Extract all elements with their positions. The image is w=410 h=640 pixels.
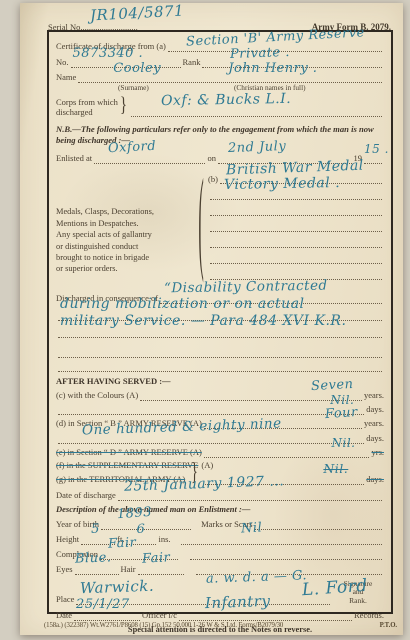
days-unit-struck: days. <box>366 474 384 485</box>
place-value: Warwick. <box>80 579 155 597</box>
officer-signature: L. Ford <box>301 577 368 599</box>
hair-label: Hair <box>121 564 136 575</box>
year-of-birth-value: 1893 <box>117 506 153 521</box>
dotted-leader <box>210 205 382 216</box>
served-sectionD-line: (e) in Section “ D ” ARMY RESERVE (A) Ni… <box>56 444 384 458</box>
date-label: Date <box>56 610 72 621</box>
dotted-leader: Nil. <box>204 447 370 458</box>
dotted-leader <box>210 237 382 248</box>
name-line: Name Cooley John Henry . <box>56 68 384 83</box>
footer-date-value: 25/1/27 <box>76 598 130 611</box>
dotted-leader: Fair <box>138 564 184 575</box>
dotted-leader: Oxford <box>94 153 205 164</box>
medals-block: Medals, Clasps, Decorations, Mentions in… <box>56 168 384 280</box>
corps-brace: } <box>118 94 129 121</box>
dotted-leader: 25/1/27 <box>74 610 140 621</box>
days-unit: days. <box>366 433 384 444</box>
discharge-reason-line3: military Service. — Para 484 XVI K.R. <box>56 321 384 338</box>
dotted-leader: Blue. <box>75 564 119 575</box>
dotted-leader: Infantry <box>179 610 352 621</box>
dotted-leader: Victory Medal . <box>210 189 382 200</box>
dotted-leader <box>210 221 382 232</box>
handwritten-annotation: a. w. d. a — G. <box>206 570 307 587</box>
nb-note: N.B.—The following particulars refer onl… <box>56 124 384 145</box>
served-f-suffix: (A) <box>201 460 213 471</box>
days-unit: days. <box>366 404 384 415</box>
discharge-reason-value3: military Service. — Para 484 XVI K.R. <box>60 314 346 328</box>
service-number: 5873340 . <box>73 47 144 60</box>
served-c-label: (c) with the Colours (A) <box>56 390 138 401</box>
yrs-unit-struck: yrs. <box>371 447 384 458</box>
records-label: Records. <box>354 610 384 621</box>
complexion-value: Fair <box>108 537 137 551</box>
description-heading: Description of the above-named man on En… <box>56 503 384 515</box>
served-e-value: Nil. <box>331 437 355 449</box>
place-label: Place <box>56 594 74 605</box>
name-label: Name <box>56 72 76 83</box>
served-d-value: Four <box>325 406 359 421</box>
serial-value-handwritten: JR104/5871 <box>90 4 185 24</box>
dotted-leader: 25th January 1927 ... <box>118 490 382 501</box>
name-sublabels: (Surname) (Christian names in full) <box>56 83 384 92</box>
medal-line <box>208 200 384 216</box>
document-photo: { "colors": {"paper":"#ece2c9","printed_… <box>0 0 410 640</box>
blank-dotted-line <box>56 358 384 372</box>
years-unit: years. <box>364 418 384 429</box>
height-line: Height 5 ft. 6 ins. Nil <box>56 530 384 545</box>
dotted-leader <box>255 519 382 530</box>
dotted-leader <box>210 253 382 264</box>
date-of-discharge-label: Date of discharge <box>56 490 116 501</box>
enlisted-date: 2nd July <box>228 140 287 155</box>
medal-line: Victory Medal . <box>208 184 384 200</box>
blank-dotted-line <box>56 344 384 358</box>
height-ft-value: 5 <box>91 523 100 536</box>
corps-value: Oxf: & Bucks L.I. <box>161 92 291 108</box>
served-c-value: Seven <box>311 378 354 393</box>
dotted-leader: military Service. — Para 484 XVI K.R. <box>58 327 382 338</box>
served-e-label-struck: (e) in Section “ D ” ARMY RESERVE (A) <box>56 447 202 458</box>
date-of-discharge-line: Date of discharge 25th January 1927 ... <box>56 485 384 501</box>
officer-unit-value: Infantry <box>205 594 271 611</box>
years-unit: years. <box>364 390 384 401</box>
dotted-leader: 1893 <box>101 519 191 530</box>
corps-label: Corps from which discharged <box>56 97 118 117</box>
dotted-leader: Cooley John Henry . <box>78 72 382 83</box>
served-f-label-struck: (f) in the SUPPLEMENTARY RESERVE <box>56 460 198 471</box>
officer-ic-label: Officer i/c <box>142 610 177 621</box>
medal-entry-2: Victory Medal . <box>224 176 340 192</box>
rank-value: Private . <box>230 46 290 61</box>
dotted-leader: One hundred & eighty nine <box>58 433 364 444</box>
on-label: on <box>207 153 216 164</box>
pto-label: P.T.O. <box>380 622 397 629</box>
signature-rank-stack: L. Ford Signature and Rank. <box>332 580 384 606</box>
dotted-leader: Nil <box>181 534 382 545</box>
height-label: Height <box>56 534 79 545</box>
no-label: No. <box>56 57 69 68</box>
date-officer-line: Date 25/1/27 Officer i/c Infantry Record… <box>56 605 384 621</box>
discharge-reason-value2: during mobilization or on actual <box>60 297 305 311</box>
dotted-leader <box>58 347 382 358</box>
dotted-leader: 15 . <box>364 153 382 164</box>
height-in-value: 6 <box>136 523 145 536</box>
b-label: (b) <box>208 174 218 184</box>
dotted-leader: Oxf: & Bucks L.I. <box>131 106 382 117</box>
surname-sublabel: (Surname) <box>118 83 149 92</box>
eyes-label: Eyes <box>56 564 73 575</box>
medals-label: Medals, Clasps, Decorations, Mentions in… <box>56 168 194 280</box>
dotted-leader: Nil. <box>58 404 364 415</box>
dotted-leader <box>190 549 382 560</box>
printer-imprint: (158a.) (322387) Wt.W2761/P8608 (15) Gp.… <box>44 622 397 629</box>
year-of-birth-line: Year of birth 1893 Marks or Scars <box>56 515 384 530</box>
eyes-value: Blue. <box>74 552 111 566</box>
served-d-days-value: One hundred & eighty nine <box>82 418 282 438</box>
surname-value: Cooley <box>113 62 161 75</box>
enlisted-year: 15 . <box>364 143 389 155</box>
served-g-value-struck: Nil. <box>323 463 348 476</box>
marks-value: Nil <box>240 522 262 536</box>
medal-line <box>208 216 384 232</box>
imprint-text: (158a.) (322387) Wt.W2761/P8608 (15) Gp.… <box>44 622 283 629</box>
medal-line <box>208 248 384 264</box>
discharge-reason-value1: “Disability Contracted <box>164 280 328 296</box>
hair-value: Fair <box>141 552 170 566</box>
form-border-box: Certificate of discharge from (a) Sectio… <box>47 30 393 614</box>
dotted-leader: Seven <box>140 390 362 401</box>
date-of-discharge-value: 25th January 1927 ... <box>124 475 285 495</box>
corps-line: Corps from which discharged } Oxf: & Buc… <box>56 95 384 117</box>
christian-names-value: John Henry . <box>228 62 317 75</box>
enlisted-label: Enlisted at <box>56 153 92 164</box>
form-paper: Serial No........................... JR1… <box>20 3 403 635</box>
enlisted-place: Oxford <box>108 140 157 156</box>
medal-line <box>208 232 384 248</box>
ins-label: ins. <box>158 534 170 545</box>
medal-entry-lines: (b) British War Medal Victory Medal . <box>208 168 384 280</box>
dotted-leader <box>58 361 382 372</box>
no-rank-line: No. 5873340 . Rank Private . <box>56 52 384 68</box>
